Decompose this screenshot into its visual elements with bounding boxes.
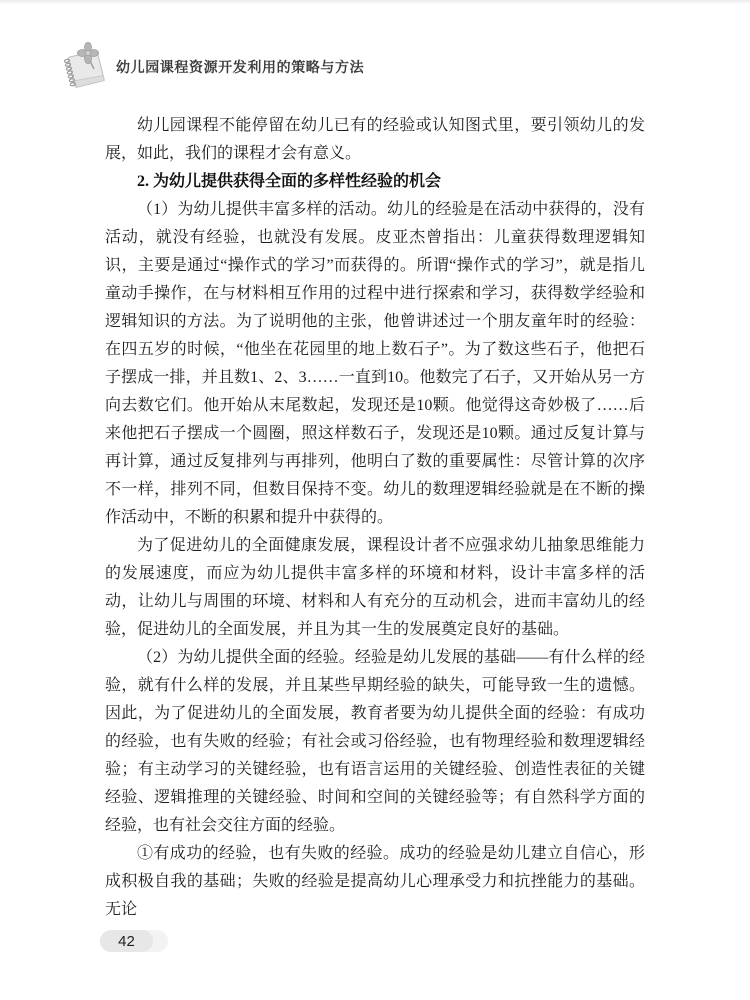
page-body: 幼儿园课程不能停留在幼儿已有的经验或认知图式里，要引领幼儿的发展，如此，我们的课… [105,112,645,924]
paragraph-experience: （2）为幼儿提供全面的经验。经验是幼儿发展的基础——有什么样的经验，就有什么样的… [105,644,645,840]
paragraph-intro: 幼儿园课程不能停留在幼儿已有的经验或认知图式里，要引领幼儿的发展，如此，我们的课… [105,112,645,168]
page-number: 42 [118,933,135,950]
paragraph-development: 为了促进幼儿的全面健康发展，课程设计者不应强求幼儿抽象思维能力的发展速度，而应为… [105,532,645,644]
page-number-pill: 42 [100,930,153,952]
paragraph-success: ①有成功的经验，也有失败的经验。成功的经验是幼儿建立自信心，形成积极自我的基础；… [105,840,645,924]
page-number-ribbon: 42 [100,930,168,952]
book-title: 幼儿园课程资源开发利用的策略与方法 [116,57,364,77]
scan-edge-shadow [0,0,750,4]
paragraph-activities: （1）为幼儿提供丰富多样的活动。幼儿的经验是在活动中获得的，没有活动，就没有经验… [105,196,645,532]
book-page: { "header": { "title": "幼儿园课程资源开发利用的策略与方… [0,0,750,1000]
running-header: 幼儿园课程资源开发利用的策略与方法 [62,42,364,92]
section-heading: 2. 为幼儿提供获得全面的多样性经验的机会 [105,168,645,196]
notebook-flower-icon [62,42,106,92]
